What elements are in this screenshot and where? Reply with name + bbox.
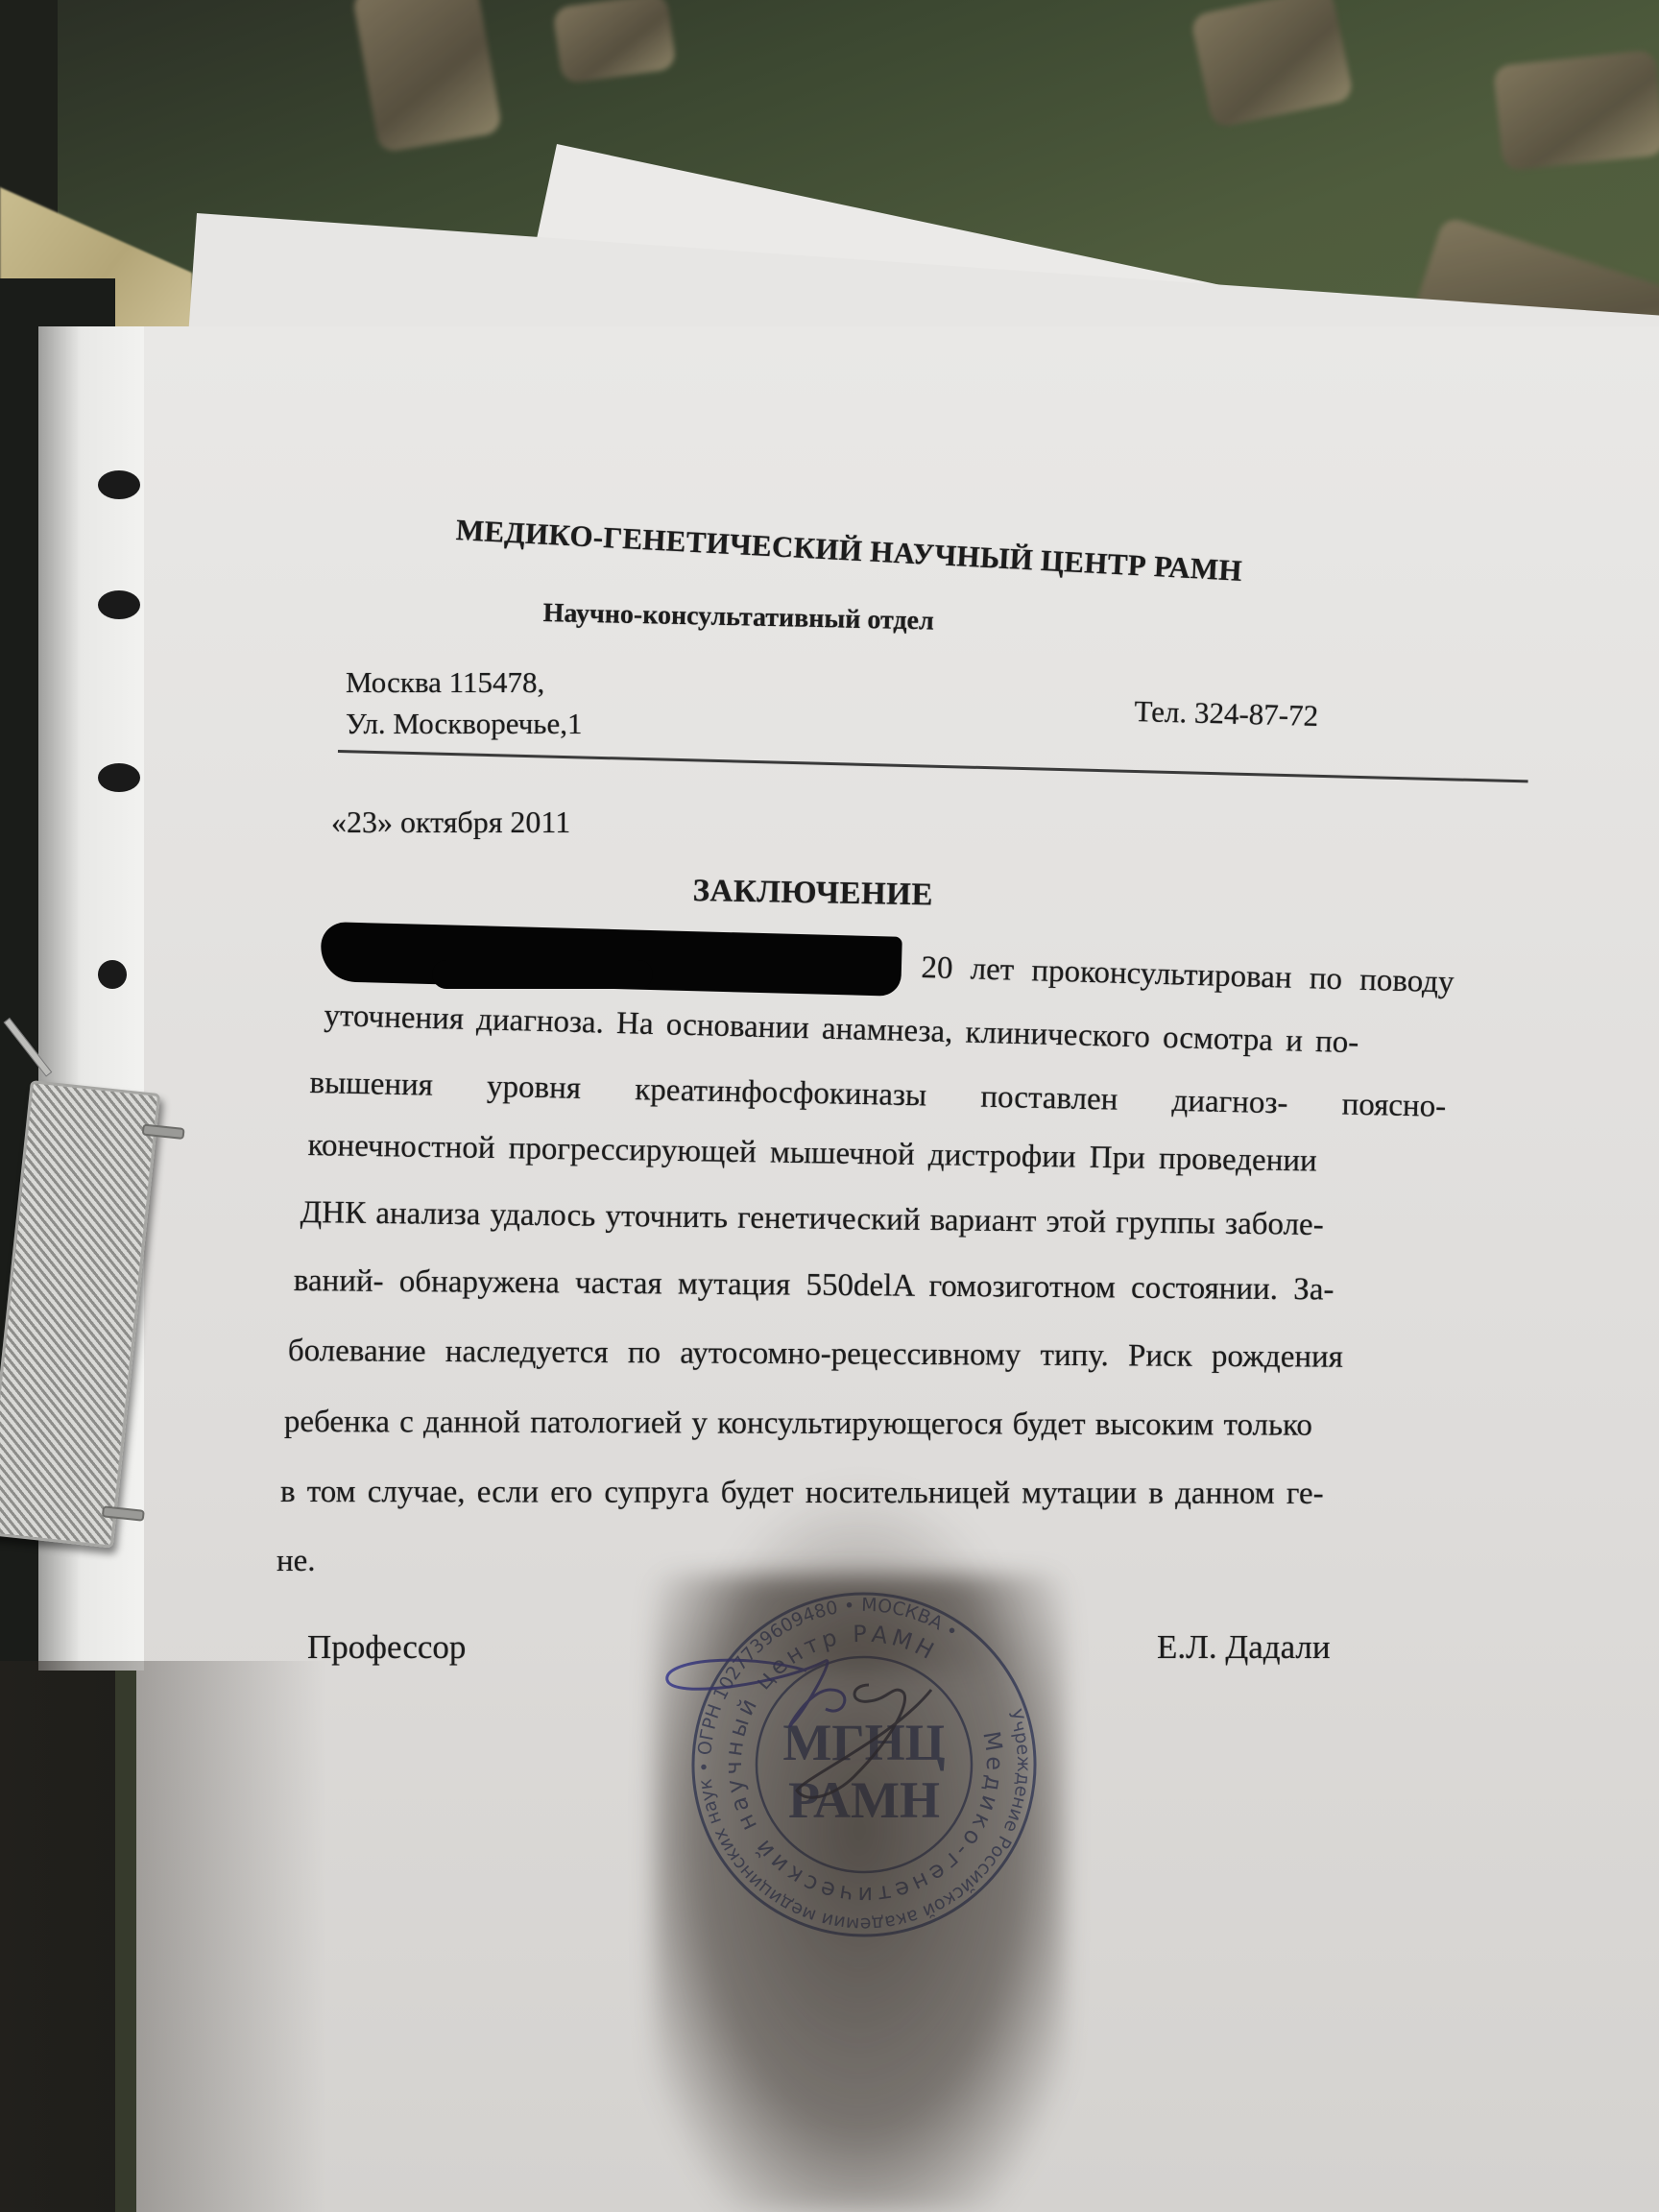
body-line: ребенка с данной патологией у консультир… [284,1405,1312,1444]
body-line: болевание наследуется по аутосомно-рецес… [288,1334,1343,1376]
body-line: не. [276,1544,316,1579]
body-line: 20 лет проконсультирован по поводу [921,950,1455,1000]
body-line: уточнения диагноза. На основании анамнез… [324,998,1359,1061]
address-line-1: Москва 115478, [346,665,544,700]
phone-number: Тел. 324-87-72 [1134,694,1319,733]
signatory-title: Профессор [307,1628,466,1667]
redacted-patient-name-tail [432,960,653,989]
letterhead-divider [338,750,1528,782]
corner-shadow [0,1661,326,2212]
organization-name: МЕДИКО-ГЕНЕТИЧЕСКИЙ НАУЧНЫЙ ЦЕНТР РАМН [455,513,1243,589]
department-name: Научно-консультативный отдел [542,598,934,637]
body-line: ваний- обнаружена частая мутация 550delA… [294,1263,1334,1308]
body-line: вышения уровня креатинфосфокиназы постав… [309,1066,1446,1125]
address-line-2: Ул. Москворечье,1 [346,707,582,741]
body-line: ДНК анализа удалось уточнить генетически… [301,1195,1324,1243]
document-heading: ЗАКЛЮЧЕНИЕ [692,874,933,913]
hand-shadow [653,1575,1066,2212]
document-date: «23» октября 2011 [331,805,570,840]
body-line: конечностной прогрессирующей мышечной ди… [307,1128,1317,1180]
signatory-name: Е.Л. Дадали [1157,1628,1331,1667]
